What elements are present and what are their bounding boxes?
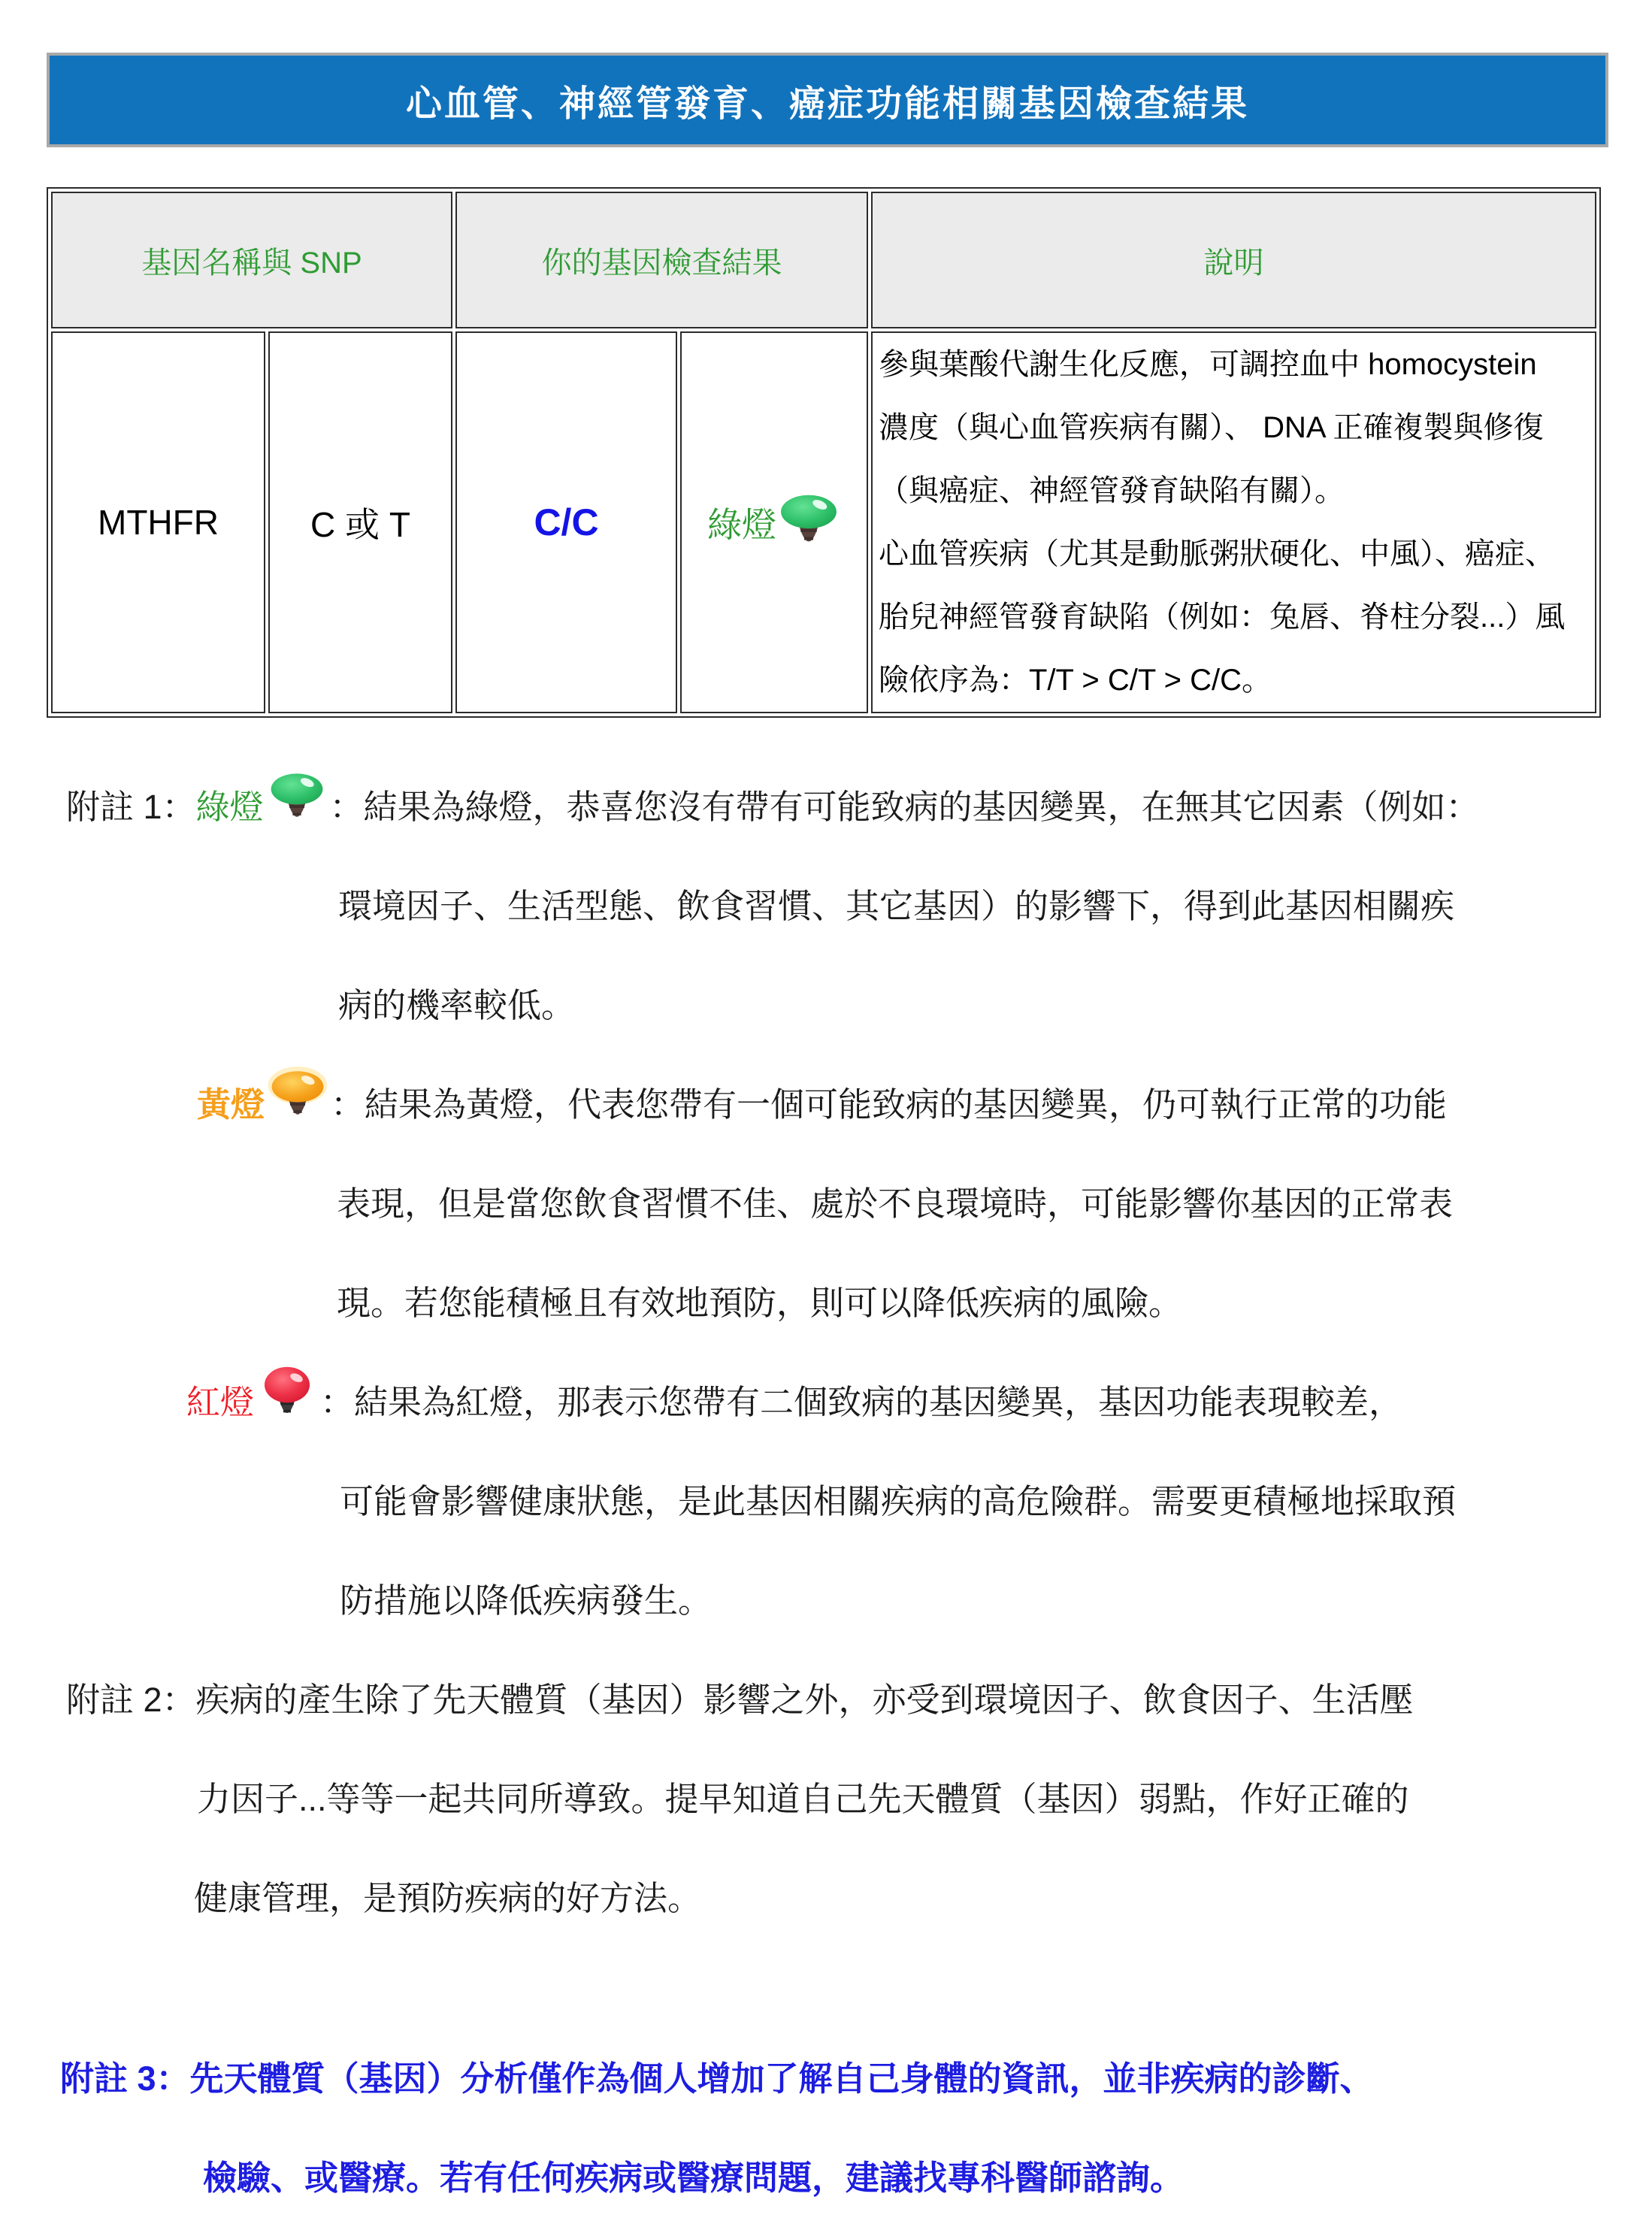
snp-cell: C 或 T bbox=[268, 331, 452, 713]
note3-line2: 檢驗、或醫療。若有任何疾病或醫療問題，建議找專科醫師諮詢。 bbox=[0, 2125, 1652, 2224]
note1-yellow-line2: 表現，但是當您飲食習慣不佳、處於不良環境時，可能影響你基因的正常表 bbox=[0, 1151, 1652, 1250]
note1-red-text: ：結果為紅燈，那表示您帶有二個致病的基因變異，基因功能表現較差， bbox=[320, 1375, 1402, 1424]
page-title: 心血管、神經管發育、癌症功能相關基因檢查結果 bbox=[406, 74, 1249, 126]
green-bulb-icon bbox=[267, 769, 327, 829]
notes-section: 附註 1： 綠燈 ：結果為綠燈，恭喜您沒有帶有可能致病的基因變異，在無其它因素（… bbox=[0, 754, 1652, 2224]
description-line: 胎兒神經管發育缺陷（例如：兔唇、脊柱分裂...）風 bbox=[873, 585, 1595, 649]
description-line: 濃度（與心血管疾病有關）、 DNA 正確複製與修復 bbox=[873, 396, 1595, 459]
description-line: 險依序為：T/T > C/T > C/C。 bbox=[873, 649, 1595, 712]
table-row: MTHFR C 或 T C/C 綠燈 參與葉酸代謝生化反應，可調控血中 homo… bbox=[51, 331, 1596, 713]
note1-green-line1: 附註 1： 綠燈 ：結果為綠燈，恭喜您沒有帶有可能致病的基因變異，在無其它因素（… bbox=[0, 754, 1652, 853]
note2-line3: 健康管理，是預防疾病的好方法。 bbox=[0, 1845, 1652, 1944]
light-result-cell: 綠燈 bbox=[680, 331, 868, 713]
note1-yellow-label: 黃燈 bbox=[197, 1077, 265, 1126]
green-bulb-icon bbox=[776, 490, 841, 555]
red-bulb-icon bbox=[257, 1364, 317, 1424]
description-line: 參與葉酸代謝生化反應，可調控血中 homocystein bbox=[873, 333, 1595, 396]
description-line: 心血管疾病（尤其是動脈粥狀硬化、中風）、癌症、 bbox=[873, 522, 1595, 585]
note1-prefix: 附註 1： bbox=[66, 779, 196, 828]
note3-line1: 附註 3： 先天體質（基因）分析僅作為個人增加了解自己身體的資訊，並非疾病的診斷… bbox=[0, 2026, 1652, 2125]
description-line: （與癌症、神經管發育缺陷有關）。 bbox=[873, 459, 1595, 522]
header-your-result: 你的基因檢查結果 bbox=[455, 192, 868, 328]
note1-red-label: 紅燈 bbox=[186, 1375, 254, 1424]
note1-yellow-line3: 現。若您能積極且有效地預防，則可以降低疾病的風險。 bbox=[0, 1250, 1652, 1349]
note1-green-line3: 病的機率較低。 bbox=[0, 952, 1652, 1051]
gene-name-cell: MTHFR bbox=[51, 331, 265, 713]
note3-text: 先天體質（基因）分析僅作為個人增加了解自己身體的資訊，並非疾病的診斷、 bbox=[190, 2051, 1374, 2100]
gene-result-table: 基因名稱與 SNP 你的基因檢查結果 說明 MTHFR C 或 T C/C 綠燈… bbox=[47, 187, 1601, 718]
genotype-cell: C/C bbox=[455, 331, 677, 713]
note1-yellow-line1: 黃燈 ：結果為黃燈，代表您帶有一個可能致病的基因變異，仍可執行正常的功能 bbox=[0, 1051, 1652, 1151]
description-cell: 參與葉酸代謝生化反應，可調控血中 homocystein 濃度（與心血管疾病有關… bbox=[871, 331, 1596, 713]
note1-red-line1: 紅燈 ：結果為紅燈，那表示您帶有二個致病的基因變異，基因功能表現較差， bbox=[0, 1349, 1652, 1448]
note2-prefix: 附註 2： bbox=[66, 1672, 196, 1721]
note1-yellow-text: ：結果為黃燈，代表您帶有一個可能致病的基因變異，仍可執行正常的功能 bbox=[331, 1077, 1447, 1126]
note3-prefix: 附註 3： bbox=[60, 2051, 190, 2100]
header-gene-snp: 基因名稱與 SNP bbox=[51, 192, 452, 328]
light-result-label: 綠燈 bbox=[707, 498, 776, 547]
note1-red-line2: 可能會影響健康狀態，是此基因相關疾病的高危險群。需要更積極地採取預 bbox=[0, 1448, 1652, 1548]
note2-line2: 力因子...等等一起共同所導致。提早知道自己先天體質（基因）弱點，作好正確的 bbox=[0, 1746, 1652, 1845]
note3-block: 附註 3： 先天體質（基因）分析僅作為個人增加了解自己身體的資訊，並非疾病的診斷… bbox=[0, 2026, 1652, 2224]
note2-line1: 附註 2： 疾病的產生除了先天體質（基因）影響之外，亦受到環境因子、飲食因子、生… bbox=[0, 1647, 1652, 1746]
report-title-banner: 心血管、神經管發育、癌症功能相關基因檢查結果 bbox=[47, 53, 1608, 147]
note1-green-label: 綠燈 bbox=[196, 779, 264, 828]
note1-green-line2: 環境因子、生活型態、飲食習慣、其它基因）的影響下，得到此基因相關疾 bbox=[0, 853, 1652, 952]
note2-text: 疾病的產生除了先天體質（基因）影響之外，亦受到環境因子、飲食因子、生活壓 bbox=[196, 1672, 1414, 1721]
header-description: 說明 bbox=[871, 192, 1596, 328]
yellow-bulb-icon bbox=[268, 1067, 328, 1127]
note1-green-text: ：結果為綠燈，恭喜您沒有帶有可能致病的基因變異，在無其它因素（例如： bbox=[330, 779, 1480, 828]
note1-red-line3: 防措施以降低疾病發生。 bbox=[0, 1548, 1652, 1647]
table-header-row: 基因名稱與 SNP 你的基因檢查結果 說明 bbox=[51, 192, 1596, 328]
